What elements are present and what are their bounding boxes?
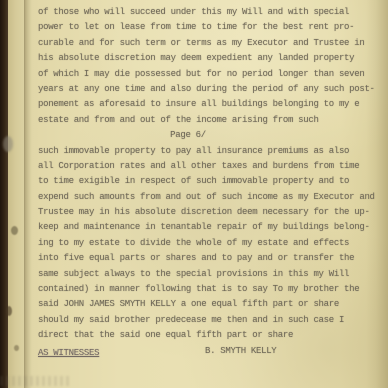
text-line: estate and from and out of the income ar… bbox=[38, 113, 374, 128]
paragraph-1: of those who will succeed under this my … bbox=[38, 5, 374, 128]
text-line: curable and for such term or terms as my… bbox=[38, 36, 374, 51]
witness-label: AS WITNESSES bbox=[38, 348, 99, 358]
paper-blemish bbox=[6, 306, 12, 316]
book-binding-edge bbox=[0, 0, 8, 388]
text-line: of which I may die possessed but for no … bbox=[38, 67, 374, 82]
page-crease bbox=[24, 0, 32, 388]
text-line: expend such amounts from and out of such… bbox=[38, 190, 374, 205]
text-line: should my said brother predecease me the… bbox=[38, 313, 374, 328]
paper-blemish bbox=[3, 136, 13, 152]
text-line: to time exigible in respect of such immo… bbox=[38, 174, 374, 189]
paper-blemish bbox=[14, 345, 19, 351]
text-line: ing to my estate to divide the whole of … bbox=[38, 236, 374, 251]
typed-page-content: of those who will succeed under this my … bbox=[38, 5, 374, 364]
text-line: such immovable property to pay all insur… bbox=[38, 144, 374, 159]
text-line: contained) in manner following that is t… bbox=[38, 282, 374, 297]
text-line: of those who will succeed under this my … bbox=[38, 5, 374, 20]
text-line: years at any one time and also during th… bbox=[38, 82, 374, 97]
paragraph-2: such immovable property to pay all insur… bbox=[38, 144, 374, 344]
scanned-document: of those who will succeed under this my … bbox=[0, 0, 388, 388]
text-line: same subject always to the special provi… bbox=[38, 267, 374, 282]
text-line: said JOHN JAMES SMYTH KELLY a one equal … bbox=[38, 297, 374, 312]
text-line: all Corporation rates and all other taxe… bbox=[38, 159, 374, 174]
faint-cutoff-text bbox=[0, 376, 70, 386]
text-line: Trustee may in his absolute discretion d… bbox=[38, 205, 374, 220]
paper-blemish bbox=[11, 226, 18, 235]
text-line: direct that the said one equal fifth par… bbox=[38, 328, 374, 343]
text-line: his absolute discretion may deem expedie… bbox=[38, 51, 374, 66]
text-line: into five equal parts or shares and to p… bbox=[38, 251, 374, 266]
text-line: ponement as aforesaid to insure all buil… bbox=[38, 97, 374, 112]
text-line: keep and maintenance in tenantable repai… bbox=[38, 220, 374, 235]
text-line: power to let on lease from time to time … bbox=[38, 20, 374, 35]
page-number-marker: Page 6/ bbox=[38, 128, 338, 143]
testator-signature: B. SMYTH KELLY bbox=[205, 346, 276, 356]
signature-block: AS WITNESSES B. SMYTH KELLY bbox=[38, 348, 374, 364]
